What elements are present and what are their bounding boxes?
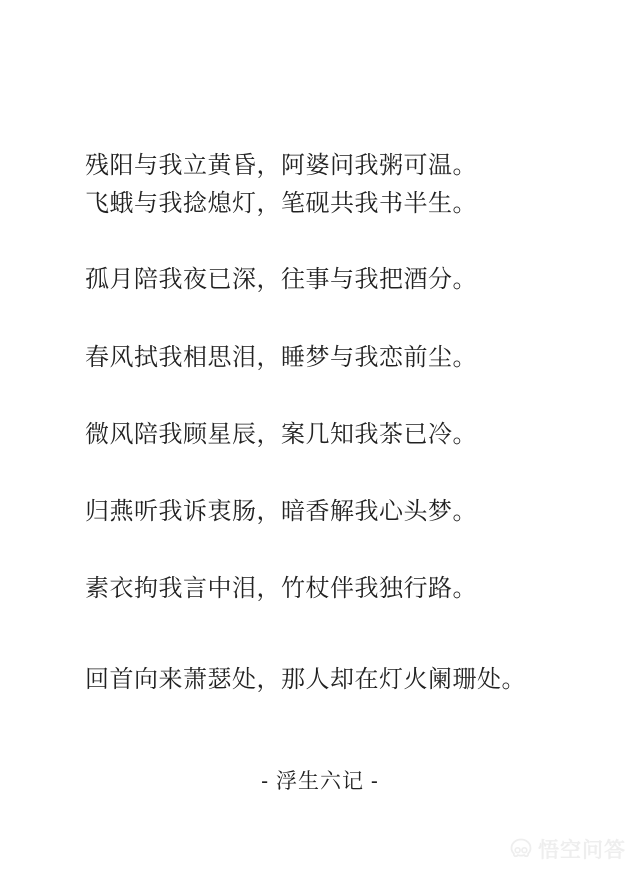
poem-line-1: 残阳与我立黄昏，阿婆问我粥可温。 xyxy=(85,152,477,180)
poem-line-4: 春风拭我相思泪，睡梦与我恋前尘。 xyxy=(85,344,477,372)
poem-line-5: 微风陪我顾星辰，案几知我茶已冷。 xyxy=(85,421,477,449)
watermark: 悟空问答 xyxy=(509,834,626,864)
poem-line-7: 素衣拘我言中泪，竹杖伴我独行路。 xyxy=(85,575,477,603)
poem-page: 残阳与我立黄昏，阿婆问我粥可温。 飞蛾与我捻熄灯，笔砚共我书半生。 孤月陪我夜已… xyxy=(0,0,640,871)
poem-line-6: 归燕听我诉衷肠，暗香解我心头梦。 xyxy=(85,498,477,526)
poem-line-2: 飞蛾与我捻熄灯，笔砚共我书半生。 xyxy=(85,190,477,218)
poem-attribution: - 浮生六记 - xyxy=(0,770,640,794)
watermark-text: 悟空问答 xyxy=(538,834,626,864)
poem-line-8: 回首向来萧瑟处，那人却在灯火阑珊处。 xyxy=(85,666,526,694)
wukong-logo-icon xyxy=(509,837,533,861)
poem-line-3: 孤月陪我夜已深，往事与我把酒分。 xyxy=(85,266,477,294)
